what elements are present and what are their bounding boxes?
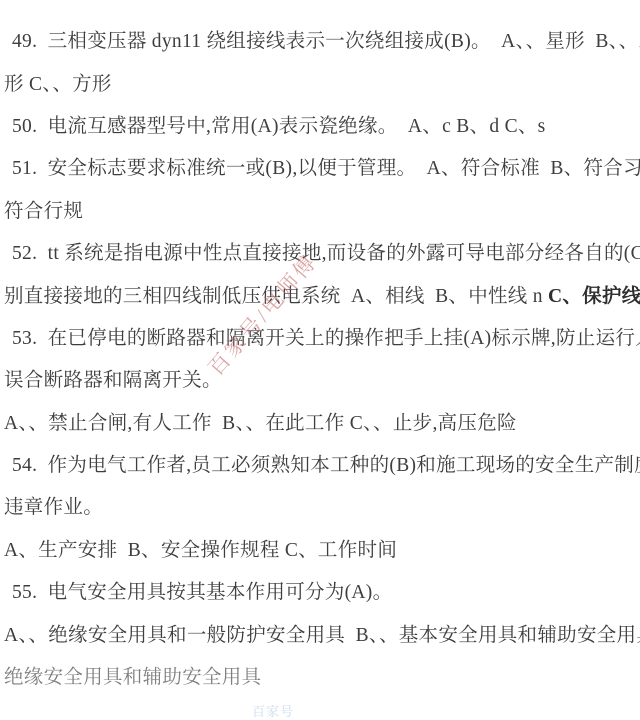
text-line: 55. 电气安全用具按其基本作用可分为(A)。: [4, 569, 634, 611]
text-line: 符合行规: [4, 188, 634, 230]
text-segment: 符合行规: [4, 195, 83, 223]
text-segment: A、生产安排 B、安全操作规程 C、工作时间: [4, 534, 397, 562]
text-line: 50. 电流互感器型号中,常用(A)表示瓷绝缘。 A、c B、d C、s: [4, 103, 634, 145]
bottom-watermark: 百家号: [252, 701, 294, 720]
text-line: 54. 作为电气工作者,员工必须熟知本工种的(B)和施工现场的安全生产制度,不: [4, 442, 634, 484]
text-segment: 55. 电气安全用具按其基本作用可分为(A)。: [12, 576, 392, 604]
text-line: 误合断路器和隔离开关。: [4, 357, 634, 399]
text-line: A、、禁止合闸,有人工作 B、、在此工作 C、、止步,高压危险: [4, 400, 634, 442]
text-segment: A、、绝缘安全用具和一般防护安全用具 B、、基本安全用具和辅助安全用具 C、、: [4, 619, 640, 647]
text-segment: 违章作业。: [4, 491, 103, 519]
text-segment: 别直接接地的三相四线制低压供电系统 A、相线 B、中性线 n: [4, 280, 548, 308]
text-line: 违章作业。: [4, 484, 634, 526]
text-line: 49. 三相变压器 dyn11 绕组接线表示一次绕组接成(B)。 A、、星形 B…: [4, 18, 634, 60]
text-segment: 52. tt 系统是指电源中性点直接接地,而设备的外露可导电部分经各自的(C)分: [12, 237, 640, 265]
text-segment: 49. 三相变压器 dyn11 绕组接线表示一次绕组接成(B)。 A、、星形 B…: [12, 25, 640, 53]
question-list: 49. 三相变压器 dyn11 绕组接线表示一次绕组接成(B)。 A、、星形 B…: [0, 18, 640, 696]
text-line: 53. 在已停电的断路器和隔离开关上的操作把手上挂(A)标示牌,防止运行人员: [4, 315, 634, 357]
text-segment: C、保护线 pe: [548, 280, 640, 308]
text-line: 形 C、、方形: [4, 60, 634, 102]
text-segment: 形 C、、方形: [4, 68, 112, 96]
text-segment: 误合断路器和隔离开关。: [4, 364, 222, 392]
text-line: A、生产安排 B、安全操作规程 C、工作时间: [4, 527, 634, 569]
text-segment: A、、禁止合闸,有人工作 B、、在此工作 C、、止步,高压危险: [4, 407, 517, 435]
text-line: 绝缘安全用具和辅助安全用具: [4, 654, 634, 696]
document-page: 49. 三相变压器 dyn11 绕组接线表示一次绕组接成(B)。 A、、星形 B…: [0, 0, 640, 720]
text-line: 51. 安全标志要求标准统一或(B),以便于管理。 A、符合标准 B、符合习惯 …: [4, 145, 634, 187]
text-segment: 51. 安全标志要求标准统一或(B),以便于管理。 A、符合标准 B、符合习惯 …: [12, 152, 640, 180]
text-segment: 53. 在已停电的断路器和隔离开关上的操作把手上挂(A)标示牌,防止运行人员: [12, 322, 640, 350]
text-segment: 50. 电流互感器型号中,常用(A)表示瓷绝缘。 A、c B、d C、s: [12, 110, 546, 138]
text-line: A、、绝缘安全用具和一般防护安全用具 B、、基本安全用具和辅助安全用具 C、、: [4, 611, 634, 653]
text-segment: 54. 作为电气工作者,员工必须熟知本工种的(B)和施工现场的安全生产制度,不: [12, 449, 640, 477]
text-line: 52. tt 系统是指电源中性点直接接地,而设备的外露可导电部分经各自的(C)分: [4, 230, 634, 272]
text-segment: 绝缘安全用具和辅助安全用具: [4, 661, 261, 689]
text-line: 别直接接地的三相四线制低压供电系统 A、相线 B、中性线 n C、保护线 pe: [4, 272, 634, 314]
